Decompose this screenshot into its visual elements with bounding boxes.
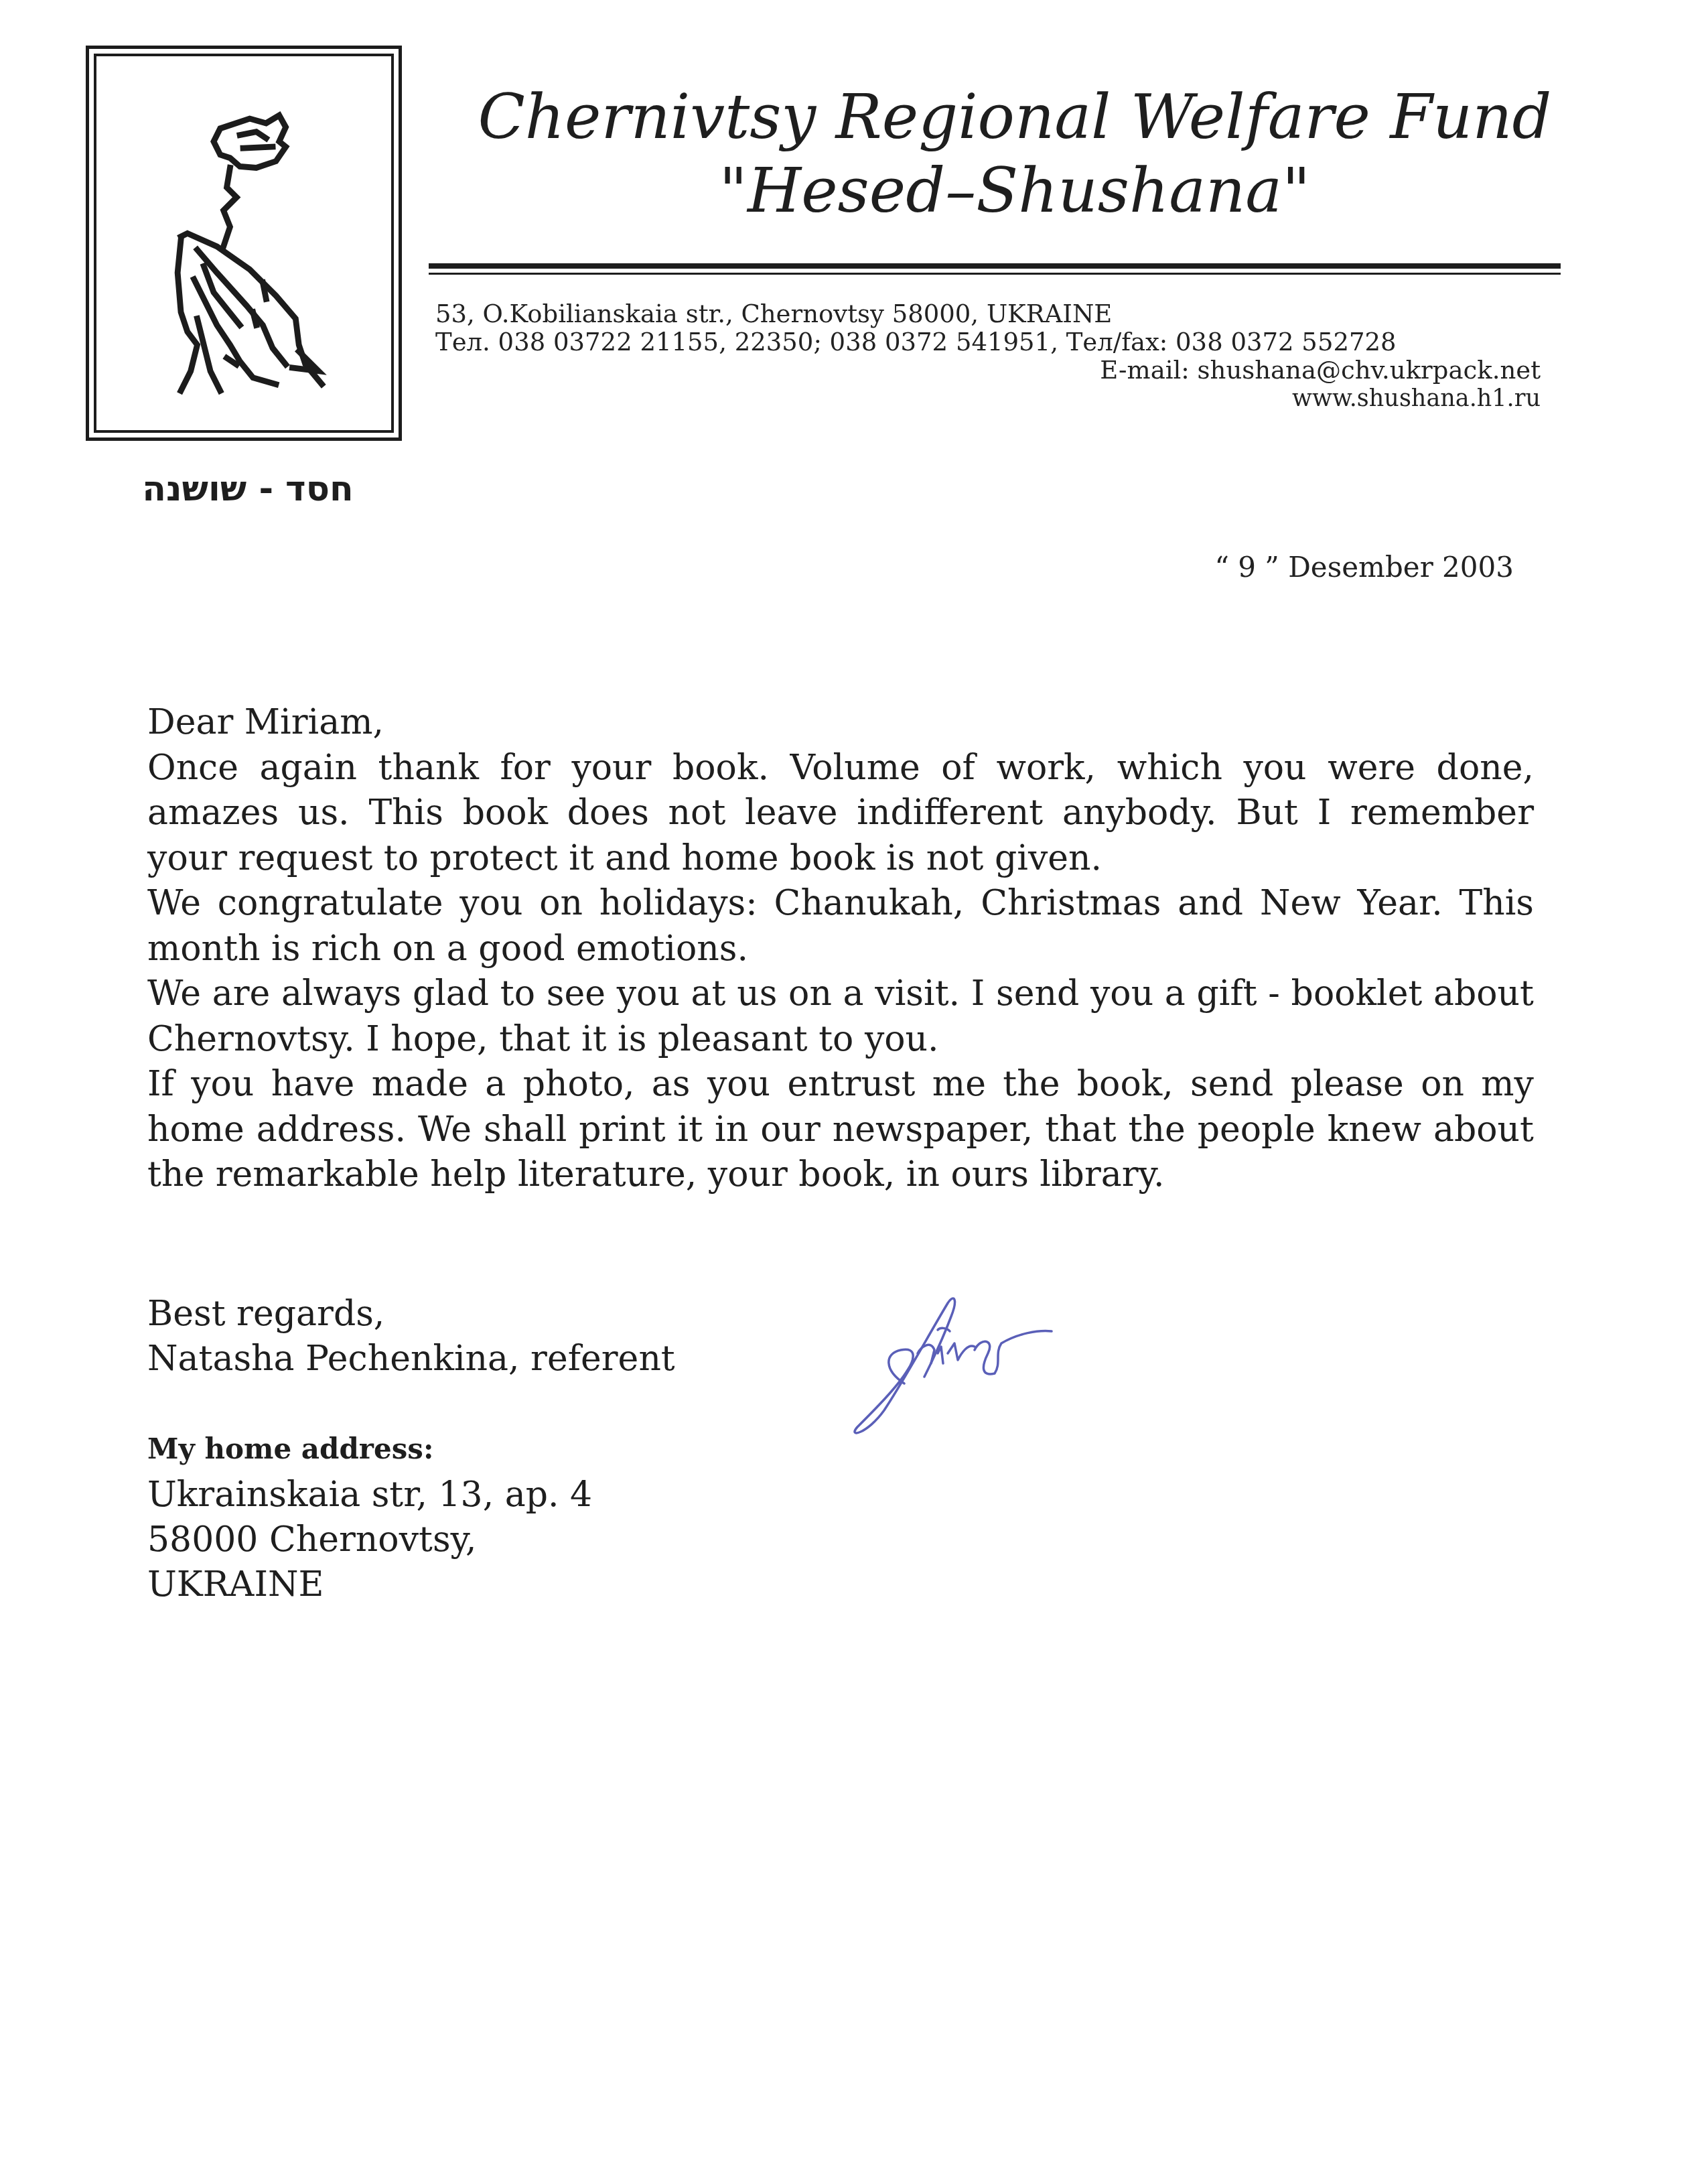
home-address-label: My home address: <box>147 1432 433 1465</box>
closing-block: Best regards, Natasha Pechenkina, refere… <box>147 1292 675 1381</box>
org-address: 53, O.Kobilianskaia str., Chernovtsy 580… <box>435 300 1547 328</box>
home-address-line: Ukrainskaia str, 13, ap. 4 <box>147 1473 592 1517</box>
salutation: Dear Miriam, <box>147 700 1534 746</box>
logo-frame <box>86 46 402 441</box>
letter-body: Dear Miriam, Once again thank for your b… <box>147 700 1534 1198</box>
org-phones: Тел. 038 03722 21155, 22350; 038 0372 54… <box>435 328 1547 356</box>
org-title: Chernivtsy Regional Welfare Fund "Hesed–… <box>429 80 1601 228</box>
org-name-line1: Chernivtsy Regional Welfare Fund <box>429 80 1601 154</box>
home-address-line: 58000 Chernovtsy, <box>147 1517 592 1562</box>
paragraph: We congratulate you on holidays: Chanuka… <box>147 881 1534 971</box>
praying-hands-rose-icon <box>89 49 399 437</box>
signer-name: Natasha Pechenkina, referent <box>147 1337 675 1381</box>
header-rule-thin <box>429 273 1561 275</box>
org-name-line2: "Hesed–Shushana" <box>429 154 1601 228</box>
closing-line: Best regards, <box>147 1292 675 1337</box>
home-address-line: UKRAINE <box>147 1562 592 1607</box>
paragraph: We are always glad to see you at us on a… <box>147 971 1534 1062</box>
hebrew-org-name: חסד - שושנה <box>107 469 388 509</box>
contact-block: 53, O.Kobilianskaia str., Chernovtsy 580… <box>435 300 1547 413</box>
handwritten-signature <box>837 1290 1092 1437</box>
paragraph: If you have made a photo, as you entrust… <box>147 1062 1534 1198</box>
org-website[interactable]: www.shushana.h1.ru <box>435 385 1547 413</box>
paragraph: Once again thank for your book. Volume o… <box>147 746 1534 882</box>
org-email[interactable]: E-mail: shushana@chv.ukrpack.net <box>435 356 1547 385</box>
letter-date: “ 9 ” Desember 2003 <box>1139 551 1514 584</box>
home-address: Ukrainskaia str, 13, ap. 4 58000 Chernov… <box>147 1473 592 1607</box>
header-rule-thick <box>429 263 1561 269</box>
